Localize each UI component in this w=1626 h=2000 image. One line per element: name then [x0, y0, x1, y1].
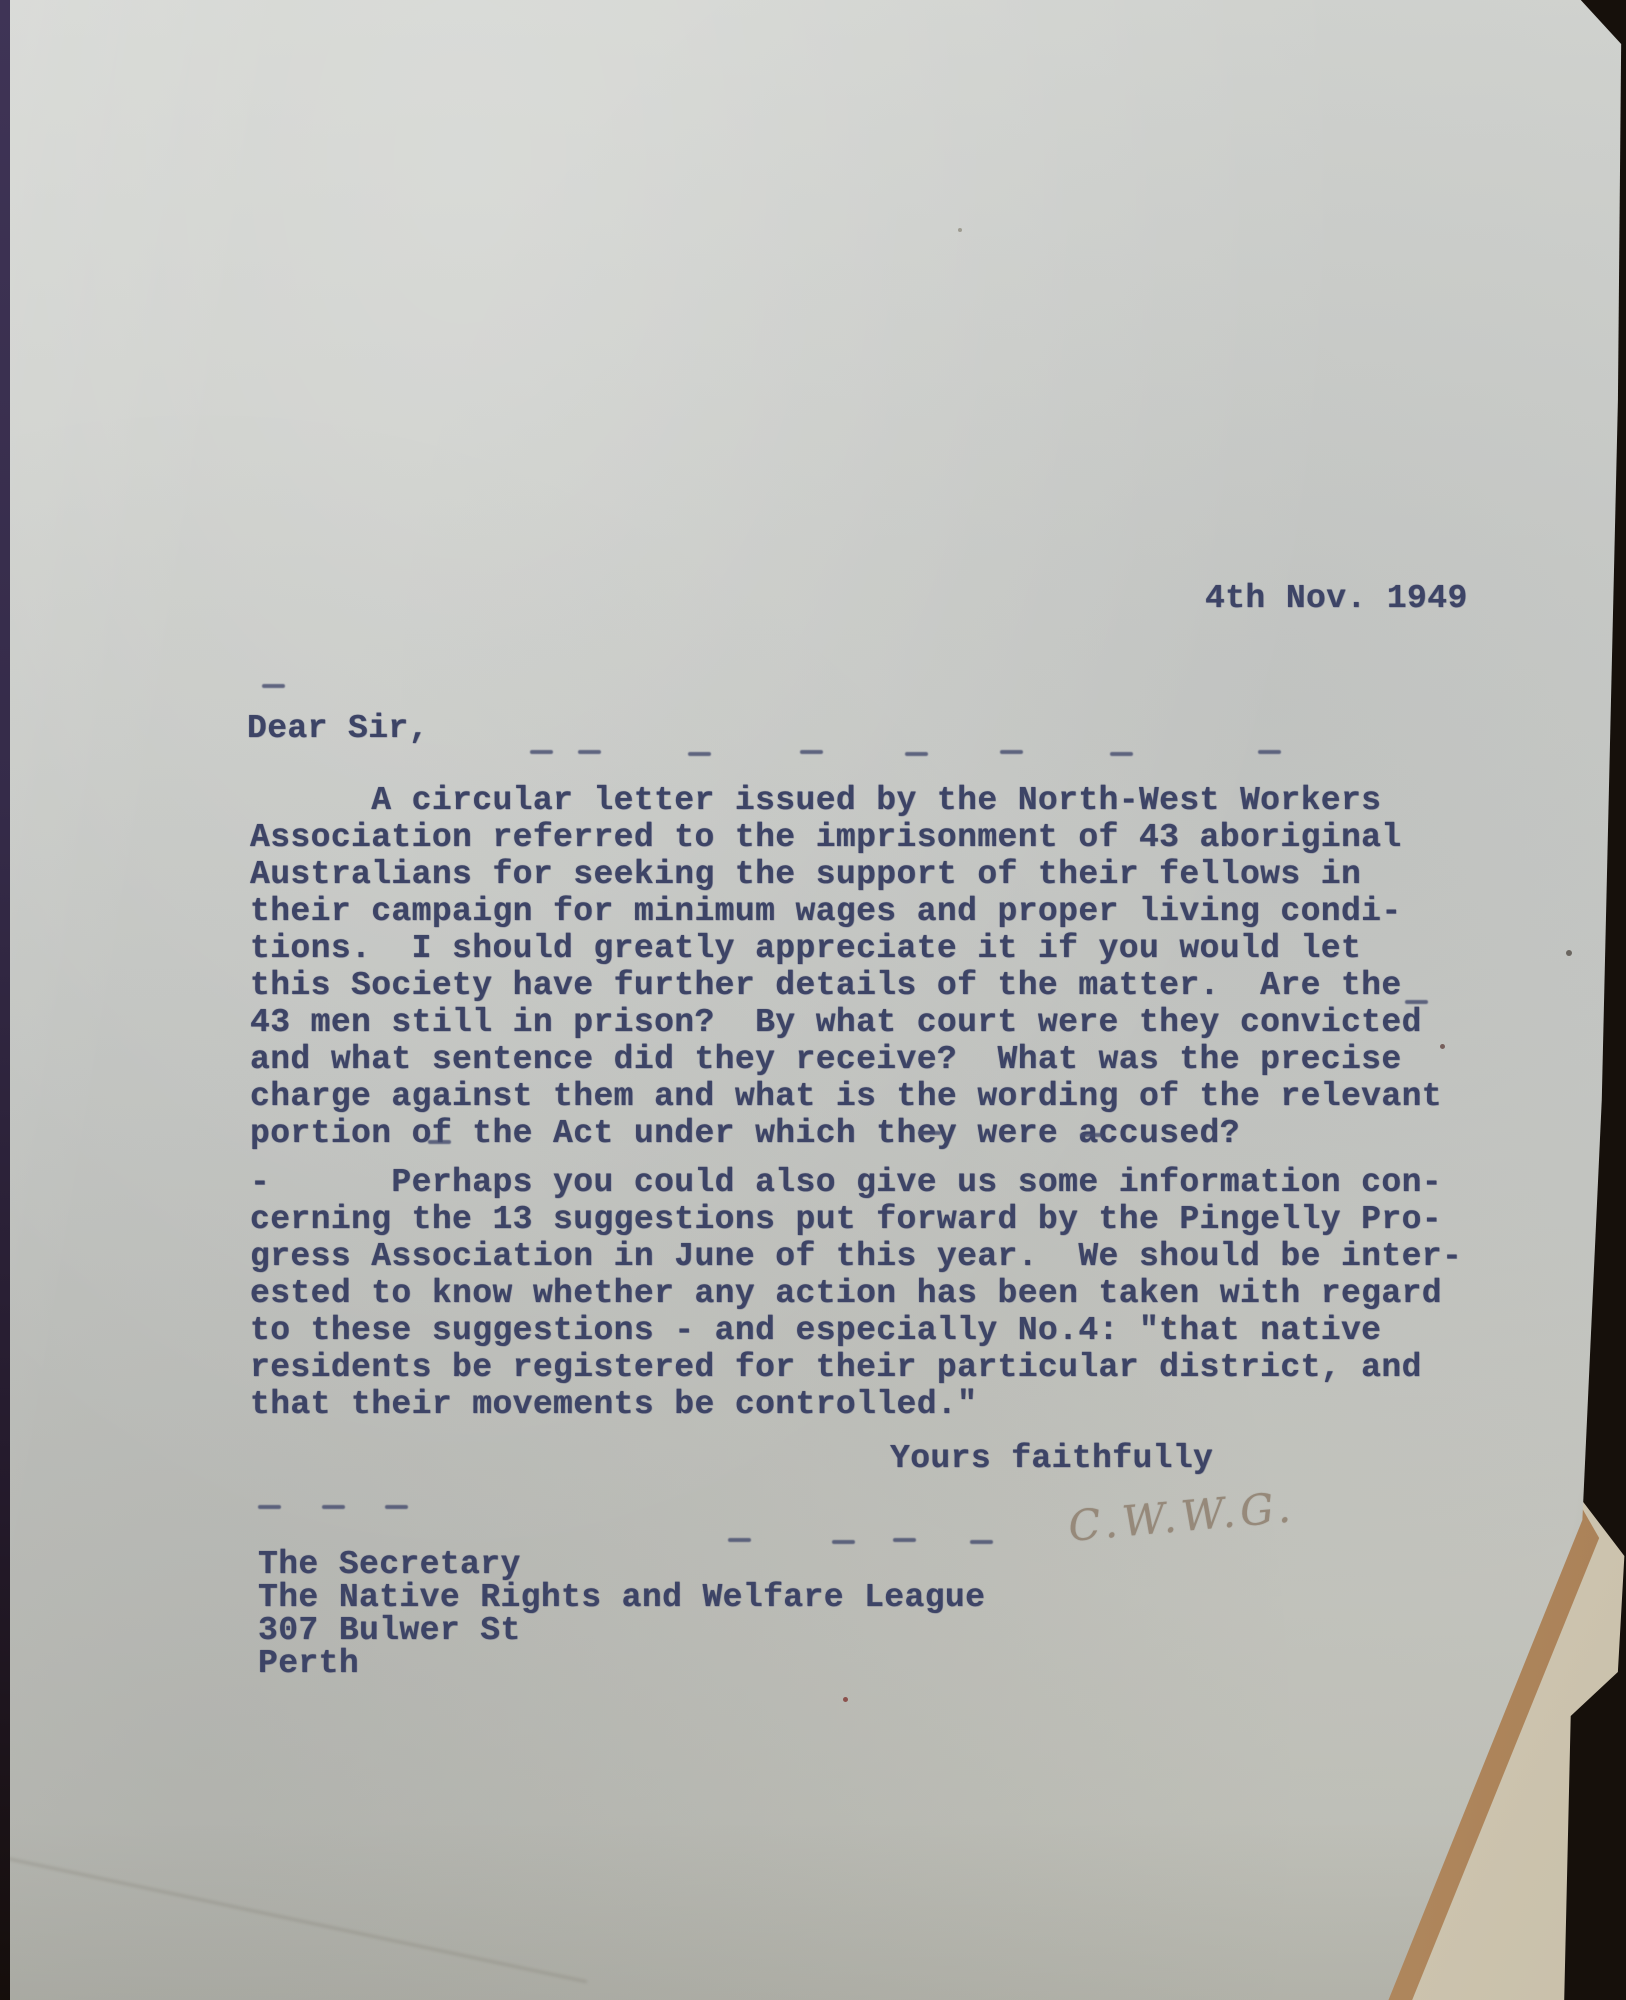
- paragraph-2-line: residents be registered for their partic…: [250, 1349, 1462, 1386]
- typewriter-dash-mark: [322, 1505, 345, 1509]
- typewriter-dash-mark: [1000, 750, 1023, 754]
- salutation: Dear Sir,: [247, 710, 429, 747]
- body-paragraph-2: - Perhaps you could also give us some in…: [250, 1164, 1462, 1423]
- letter-date: 4th Nov. 1949: [1205, 580, 1468, 617]
- typewriter-dash-mark: [728, 1538, 751, 1542]
- address-line: 307 Bulwer St: [258, 1614, 985, 1647]
- address-line: The Secretary: [258, 1548, 985, 1581]
- paper-speck: [1566, 950, 1572, 956]
- typewriter-dash-mark: [258, 1505, 281, 1509]
- typewriter-dash-mark: [1110, 752, 1133, 756]
- paragraph-1-line: A circular letter issued by the North-We…: [250, 782, 1442, 819]
- paragraph-1-line: this Society have further details of the…: [250, 967, 1442, 1004]
- address-line: Perth: [258, 1647, 985, 1680]
- typewriter-dash-mark: [1258, 750, 1281, 754]
- typewriter-dash-mark: [905, 752, 928, 756]
- typewriter-dash-mark: [428, 1140, 451, 1144]
- typewriter-dash-mark: [1080, 1133, 1103, 1137]
- paper-speck: [958, 228, 962, 232]
- paragraph-1-line: portion of the Act under which they were…: [250, 1115, 1442, 1152]
- paragraph-1-line: 43 men still in prison? By what court we…: [250, 1004, 1442, 1041]
- paragraph-1-line: their campaign for minimum wages and pro…: [250, 893, 1442, 930]
- typewriter-dash-mark: [530, 750, 553, 754]
- paragraph-2-line: ested to know whether any action has bee…: [250, 1275, 1462, 1312]
- typewriter-dash-mark: [578, 750, 601, 754]
- paragraph-1-line: Association referred to the imprisonment…: [250, 819, 1442, 856]
- typewriter-dash-mark: [262, 684, 285, 688]
- typewriter-dash-mark: [893, 1538, 916, 1542]
- typewriter-dash-mark: [385, 1505, 408, 1509]
- paper-crease: [0, 1856, 587, 1983]
- typewriter-dash-mark: [918, 1131, 941, 1135]
- recipient-address-block: The SecretaryThe Native Rights and Welfa…: [258, 1548, 985, 1680]
- paper-speck: [1168, 1320, 1172, 1324]
- paragraph-2-line: - Perhaps you could also give us some in…: [250, 1164, 1462, 1201]
- closing-line: Yours faithfully: [890, 1440, 1213, 1477]
- typewriter-dash-mark: [800, 750, 823, 754]
- paper-speck: [1440, 1044, 1445, 1049]
- typewriter-dash-mark: [1405, 1000, 1428, 1004]
- typewriter-dash-mark: [688, 752, 711, 756]
- paragraph-1-line: tions. I should greatly appreciate it if…: [250, 930, 1442, 967]
- paragraph-1-line: and what sentence did they receive? What…: [250, 1041, 1442, 1078]
- paragraph-1-line: Australians for seeking the support of t…: [250, 856, 1442, 893]
- address-line: The Native Rights and Welfare League: [258, 1581, 985, 1614]
- typewriter-dash-mark: [970, 1540, 993, 1544]
- typewriter-dash-mark: [832, 1540, 855, 1544]
- paragraph-2-line: that their movements be controlled.": [250, 1386, 1462, 1423]
- body-paragraph-1: A circular letter issued by the North-We…: [250, 782, 1442, 1152]
- paragraph-2-line: gress Association in June of this year. …: [250, 1238, 1462, 1275]
- paragraph-2-line: to these suggestions - and especially No…: [250, 1312, 1462, 1349]
- scanned-letter-photo: 4th Nov. 1949 Dear Sir, A circular lette…: [0, 0, 1626, 2000]
- paper-speck: [843, 1697, 848, 1702]
- paragraph-1-line: charge against them and what is the word…: [250, 1078, 1442, 1115]
- paragraph-2-line: cerning the 13 suggestions put forward b…: [250, 1201, 1462, 1238]
